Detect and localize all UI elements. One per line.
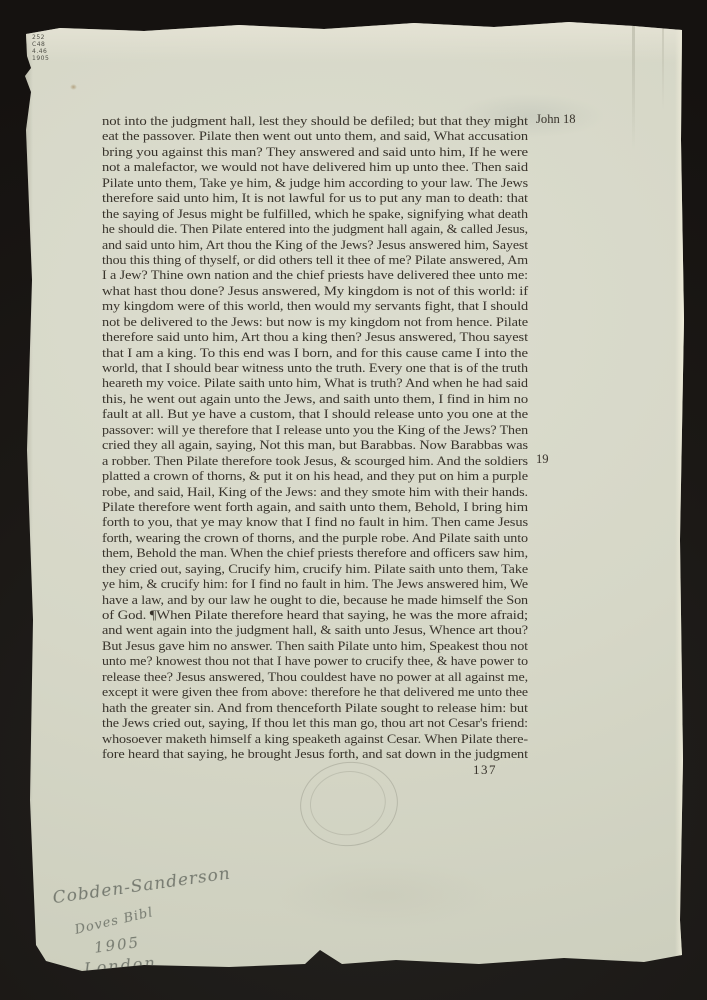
text-line: he should die. Then Pilate entered into … [102,220,528,235]
text-line: them, Behold the man. When the chief pri… [102,544,528,559]
text-line: fault at all. But ye have a custom, that… [102,405,528,420]
text-line: therefore said unto him, It is not lawfu… [102,189,528,204]
text-line: not into the judgment hall, lest they sh… [102,112,528,127]
paper-crease [662,20,664,110]
text-line: forth to you, that ye may know that I fi… [102,513,528,528]
text-line: therefore said unto him, Art thou a king… [102,328,528,343]
text-line: robe, and said, Hail, King of the Jews: … [102,483,528,498]
text-line: my kingdom were of this world, then woul… [102,297,528,312]
shelfmark-line: 252 [32,34,49,41]
text-line: bring you against this man? They answere… [102,143,528,158]
pencil-inscription-line: Doves Bibl [73,905,155,938]
shelfmark-line: C48 [32,41,49,48]
text-line: whosoever maketh himself a king speaketh… [102,730,528,745]
text-line: and went again into the judgment hall, &… [102,621,528,636]
paper-stain [274,860,494,930]
text-line: of God. ¶When Pilate therefore heard tha… [102,606,528,621]
text-line: the Jews cried out, saying, If thou let … [102,714,528,729]
text-line: not a malefactor, we would not have deli… [102,158,528,173]
shelfmark-pencil-note: Z 252 C48 4.46 1905 [32,27,49,62]
shelfmark-line: Z [32,27,49,34]
text-line: a robber. Then Pilate therefore took Jes… [102,452,528,467]
shelfmark-line: 1905 [32,55,49,62]
text-line: what hast thou done? Jesus answered, My … [102,282,528,297]
text-line: eat the passover. Pilate then went out u… [102,127,528,142]
text-line: unto me? knowest thou not that I have po… [102,652,528,667]
text-line: they cried out, saying, Crucify him, cru… [102,560,528,575]
photo-background: Z 252 C48 4.46 1905 John 18 19 137 not i… [0,0,707,1000]
text-line: have a law, and by our law he ought to d… [102,591,528,606]
text-line: cried they all again, saying, Not this m… [102,436,528,451]
text-line: and said unto him, Art thou the King of … [102,236,528,251]
text-line: But Jesus gave him no answer. Then saith… [102,637,528,652]
verse-number-margin-note: 19 [536,452,549,467]
pencil-inscription-line: Cobden-Sanderson [51,864,232,909]
text-line: ye him, & crucify him: for I find no fau… [102,575,528,590]
embossed-stamp-inner-ring [306,766,390,840]
text-line: Pilate unto them, Take ye him, & judge h… [102,174,528,189]
paper-stain [70,84,77,90]
shelfmark-line: 4.46 [32,48,49,55]
text-line: thou this thing of thyself, or did other… [102,251,528,266]
text-line: not be delivered to the Jews: but now is… [102,313,528,328]
book-page: Z 252 C48 4.46 1905 John 18 19 137 not i… [24,20,684,980]
text-line: I a Jew? Thine own nation and the chief … [102,266,528,281]
text-line: world, that I should bear witness unto t… [102,359,528,374]
text-line: hath the greater sin. And from thencefor… [102,699,528,714]
text-line: forth, wearing the crown of thorns, and … [102,529,528,544]
text-line: except it were given thee from above: th… [102,683,528,698]
text-line: fore heard that saying, he brought Jesus… [102,745,528,760]
text-line: passover: will ye therefore that I relea… [102,421,528,436]
page-number: 137 [473,762,497,778]
text-line: the saying of Jesus might be fulfilled, … [102,205,528,220]
pencil-inscription-line: 1905 [93,933,141,956]
text-column: John 18 19 137 not into the judgment hal… [102,112,528,812]
text-line: platted a crown of thorns, & put it on h… [102,467,528,482]
text-line: this, he went out again unto the Jews, a… [102,390,528,405]
text-line: release thee? Jesus answered, Thou could… [102,668,528,683]
text-line: heareth my voice. Pilate saith unto him,… [102,374,528,389]
text-line: Pilate therefore went forth again, and s… [102,498,528,513]
text-line: that I am a king. To this end was I born… [102,344,528,359]
chapter-margin-note: John 18 [536,112,576,127]
paper-crease [632,20,635,150]
